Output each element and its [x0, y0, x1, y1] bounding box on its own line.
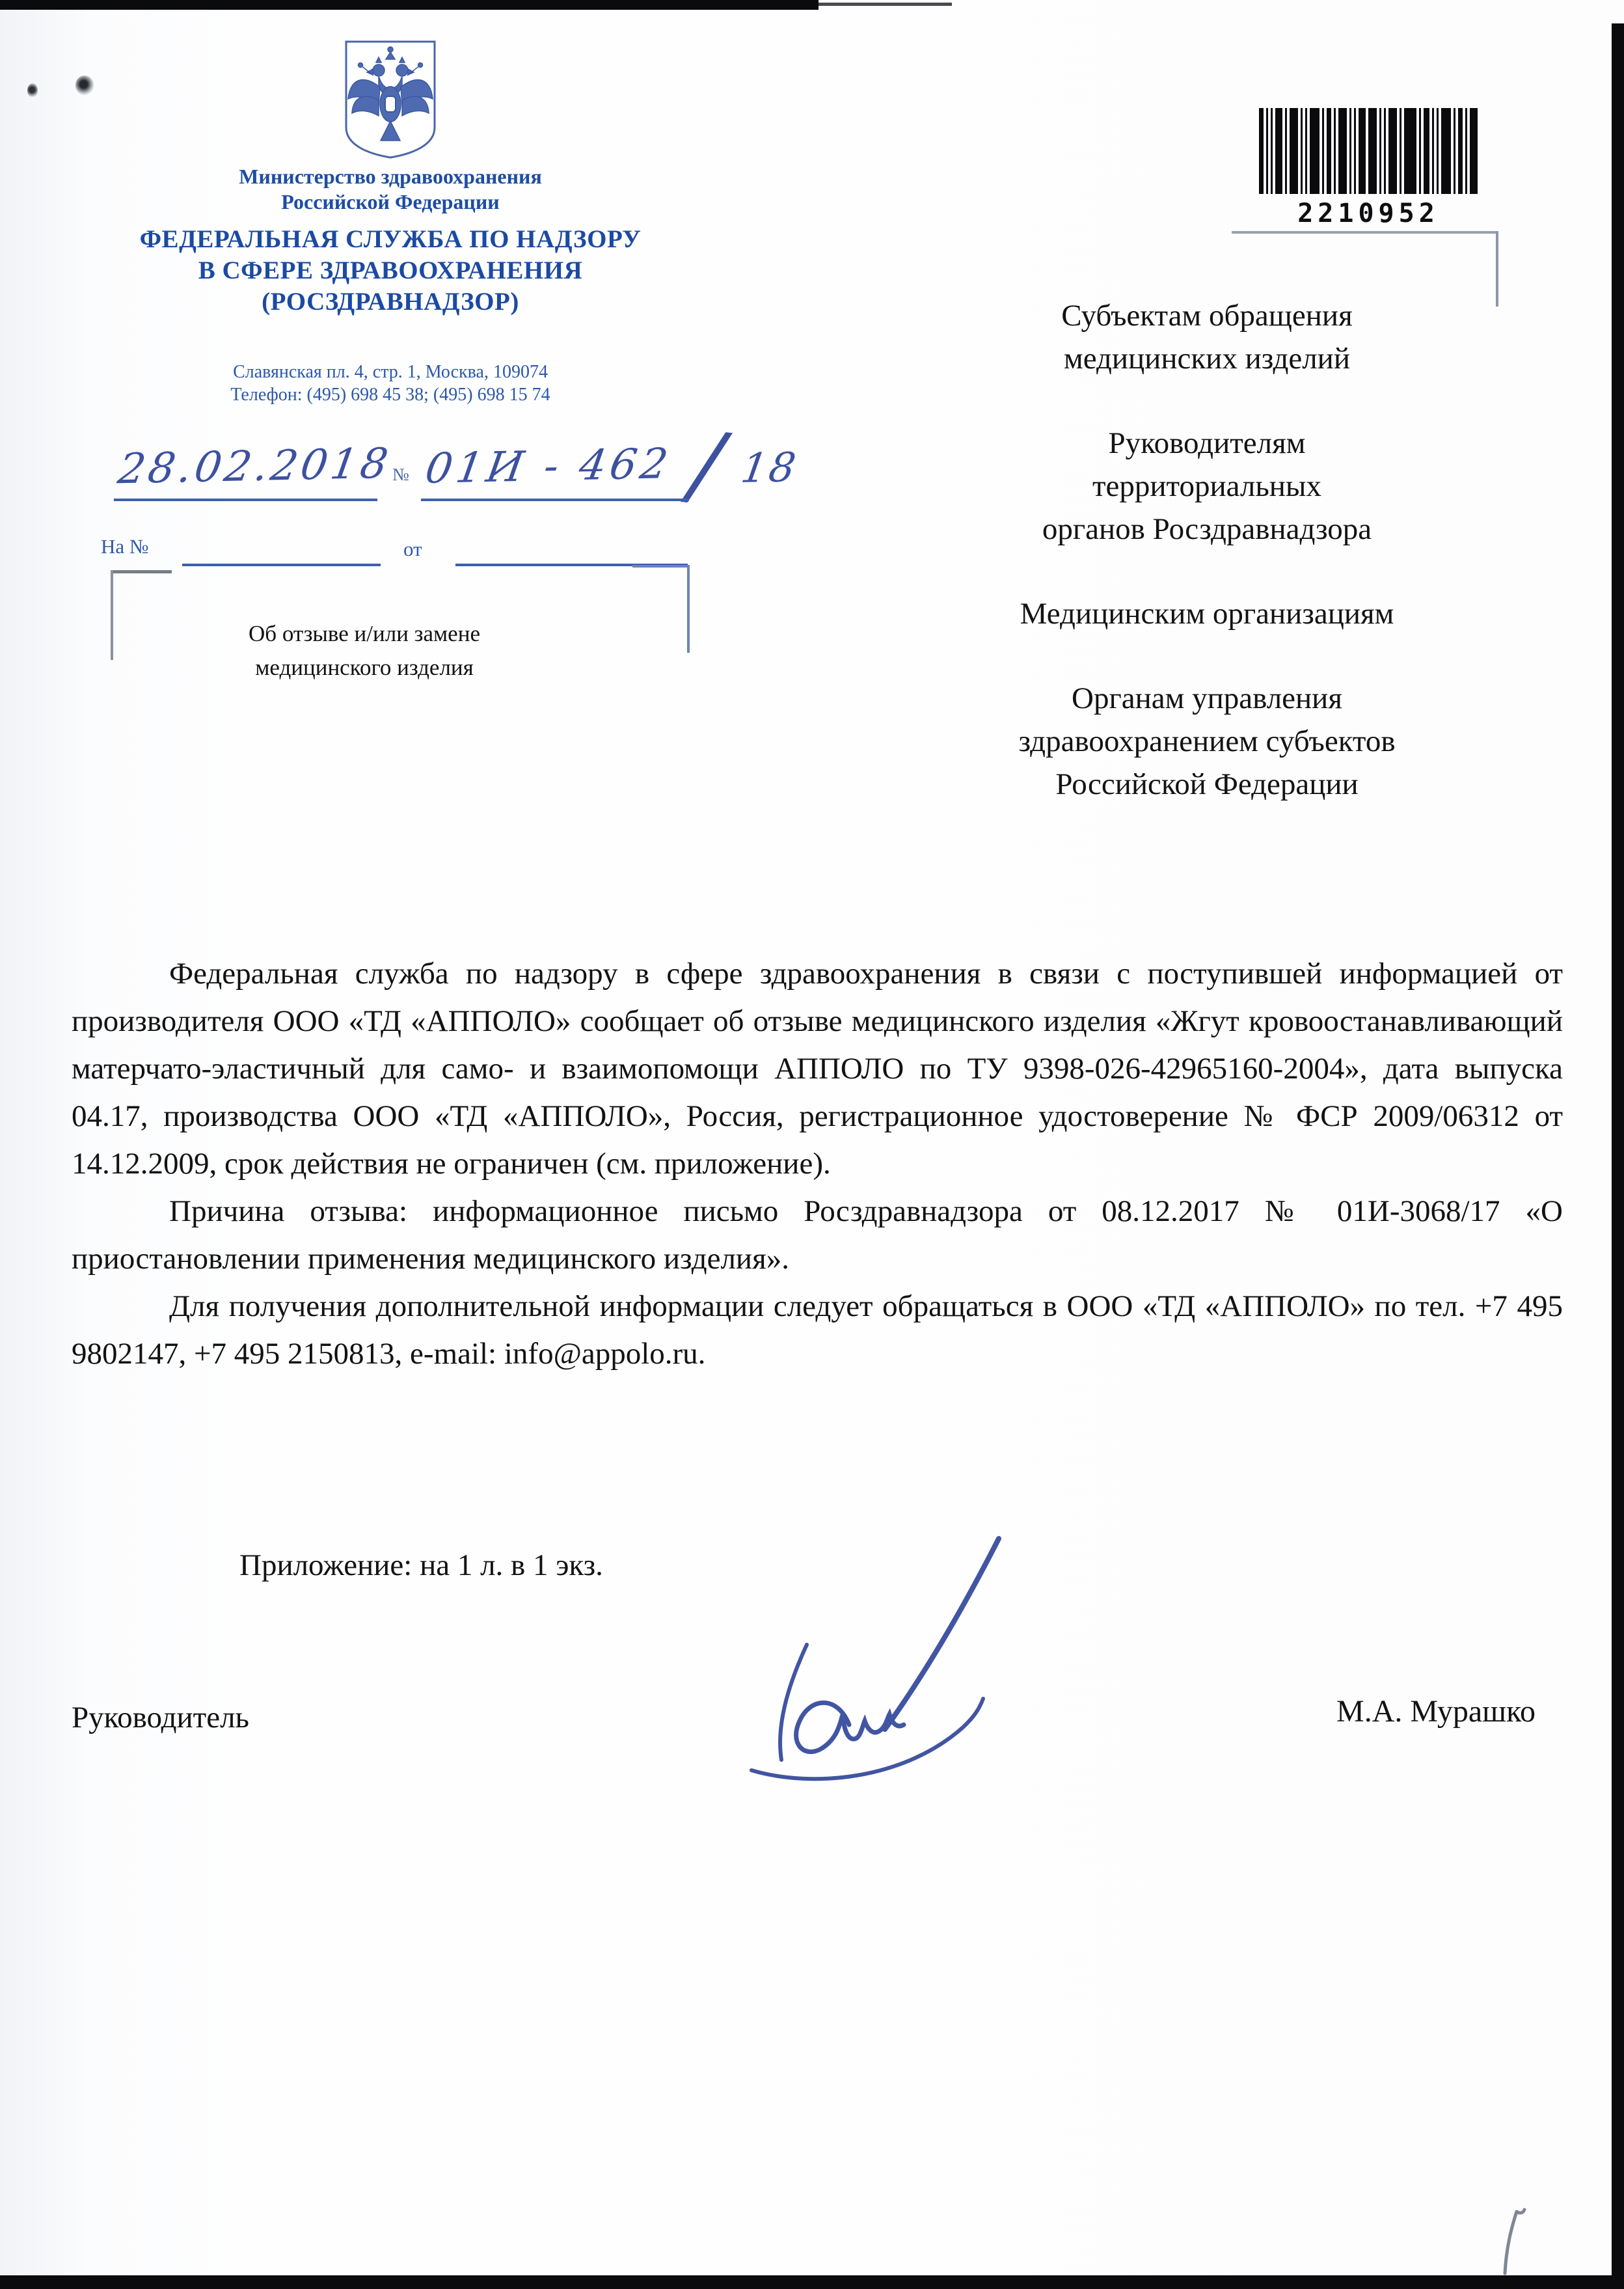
ink-speck: [27, 83, 38, 98]
service-name-line3: (РОСЗДРАВНАДЗОР): [101, 286, 680, 318]
attachment-note: Приложение: на 1 л. в 1 экз.: [239, 1548, 603, 1583]
recipient-group: Медицинским организациям: [898, 592, 1516, 635]
recipient-line: органов Росздравнадзора: [1042, 512, 1372, 546]
barcode-number: 2210952: [1258, 199, 1479, 228]
letter-subject: Об отзыве и/или замене медицинского изде…: [195, 617, 534, 685]
barcode-icon: [1259, 108, 1478, 194]
recipient-group: Органам управления здравоохранением субъ…: [898, 677, 1516, 806]
scan-edge-artifact-right: [1612, 23, 1624, 2289]
registration-barcode: 2210952: [1258, 108, 1479, 228]
ministry-name-line1: Министерство здравоохранения: [101, 164, 680, 189]
body-paragraph: Причина отзыва: информационное письмо Ро…: [72, 1188, 1563, 1283]
ink-speck: [75, 75, 94, 95]
number-underline: [421, 499, 689, 501]
recipient-line: Медицинским организациям: [1020, 597, 1394, 631]
service-name-line1: ФЕДЕРАЛЬНАЯ СЛУЖБА ПО НАДЗОРУ: [101, 224, 680, 255]
signer-name: М.А. Мурашко: [1275, 1693, 1536, 1729]
incoming-number-underline: [182, 564, 381, 566]
recipient-line: здравоохранением субъектов: [1018, 724, 1395, 758]
recipient-line: медицинских изделий: [1064, 342, 1350, 376]
letter-body: Федеральная служба по надзору в сфере зд…: [72, 950, 1563, 1378]
scanned-letter-page: Министерство здравоохранения Российской …: [0, 0, 1624, 2289]
recipient-line: территориальных: [1092, 469, 1321, 503]
recipient-line: Субъектам обращения: [1061, 299, 1352, 333]
recipient-group: Субъектам обращения медицинских изделий: [898, 294, 1516, 380]
scan-edge-artifact-bottom: [0, 2275, 1624, 2289]
handwritten-date: 28.02.2018: [115, 440, 394, 494]
corner-mark-address-zone: [1232, 231, 1498, 234]
handwritten-number-suffix: 18: [738, 443, 801, 492]
body-paragraph: Для получения дополнительной информации …: [72, 1283, 1563, 1378]
body-paragraph: Федеральная служба по надзору в сфере зд…: [72, 950, 1563, 1188]
signature-autograph: [654, 1531, 1031, 1785]
ministry-name-line2: Российской Федерации: [101, 189, 680, 215]
incoming-number-label: На №: [101, 535, 148, 558]
service-name-line2: В СФЕРЕ ЗДРАВООХРАНЕНИЯ: [101, 255, 680, 286]
recipient-line: Российской Федерации: [1055, 767, 1358, 801]
russia-coat-of-arms-icon: [338, 36, 442, 160]
scan-edge-artifact-top-tail: [819, 3, 952, 6]
corner-mark-right: [632, 565, 690, 568]
letterhead-address: Славянская пл. 4, стр. 1, Москва, 109074: [101, 361, 680, 383]
scan-edge-artifact-top: [0, 0, 819, 10]
corner-mark-left: [111, 570, 172, 573]
incoming-date-label: от: [403, 538, 422, 561]
recipient-line: Органам управления: [1072, 681, 1342, 715]
recipient-group: Руководителям территориальных органов Ро…: [898, 422, 1516, 551]
date-underline: [114, 499, 377, 501]
subject-line1: Об отзыве и/или замене: [195, 617, 534, 651]
pen-mark: [1493, 2205, 1532, 2280]
recipients-block: Субъектам обращения медицинских изделий …: [898, 294, 1516, 847]
number-sign-label: №: [392, 465, 409, 485]
signer-position: Руководитель: [72, 1700, 249, 1735]
letterhead: Министерство здравоохранения Российской …: [101, 36, 680, 406]
letterhead-phone: Телефон: (495) 698 45 38; (495) 698 15 7…: [101, 383, 680, 406]
corner-mark-right: [687, 565, 690, 653]
subject-line2: медицинского изделия: [195, 651, 534, 685]
handwritten-number: 01И - 462: [422, 440, 675, 493]
outgoing-reference-row: 28.02.2018 № 01И - 462 / 18: [101, 445, 849, 536]
recipient-line: Руководителям: [1109, 426, 1306, 460]
handwritten-slash: /: [687, 419, 727, 512]
corner-mark-left: [111, 570, 113, 660]
